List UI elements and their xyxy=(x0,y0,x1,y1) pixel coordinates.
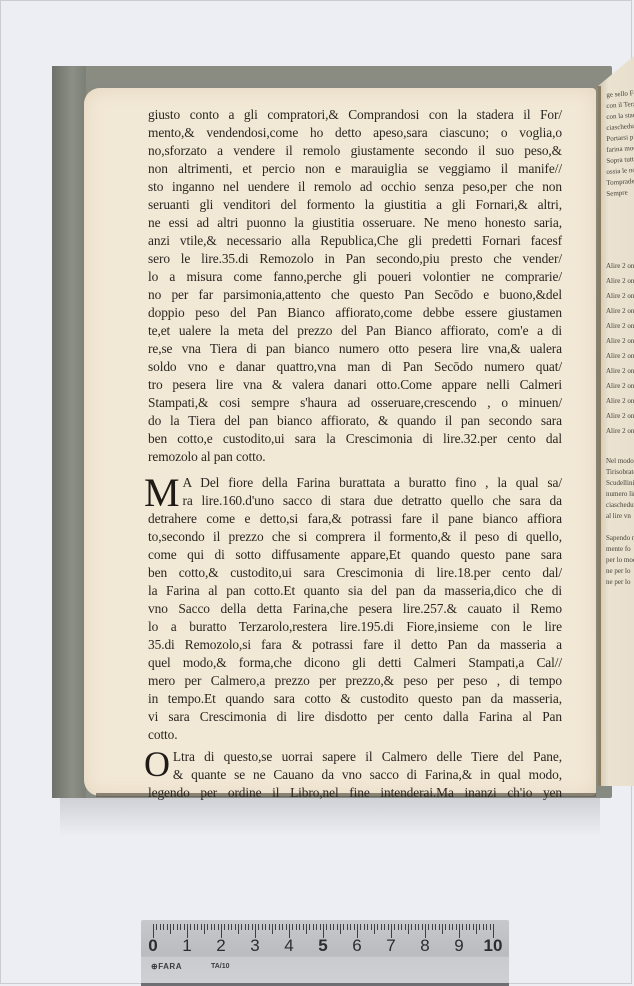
text-line: no,sforzato a vendere il remolo giustame… xyxy=(148,142,562,160)
facing-text-line: Scudellini xyxy=(606,478,634,489)
ruler-tick xyxy=(354,924,355,930)
ruler-tick xyxy=(241,924,242,930)
facing-table-row: Alire 2 on. xyxy=(606,321,634,332)
text-line: sto inganno nel uendere il remolo ad occ… xyxy=(148,178,562,196)
text-line: ra lire.160.d'uno sacco di stara due det… xyxy=(148,492,562,510)
ruler-tick xyxy=(371,924,372,930)
text-line: la Farina al pan cotto.Et quanto sia del… xyxy=(148,582,562,600)
ruler-tick xyxy=(462,924,463,930)
text-line: non altrimenti, et percio non e marauigl… xyxy=(148,160,562,178)
ruler-tick xyxy=(435,924,436,930)
ruler-tick xyxy=(252,924,253,930)
ruler-tick xyxy=(469,924,470,930)
text-line: Ltra di questo,se uorrai sapere il Calme… xyxy=(148,748,562,766)
ruler-tick xyxy=(337,924,338,930)
ruler-number: 9 xyxy=(454,936,463,956)
paragraph-2: MA Del fiore della Farina burattata a bu… xyxy=(148,474,562,744)
ruler-tick xyxy=(422,924,423,930)
ruler-tick xyxy=(207,924,208,930)
ruler-tick xyxy=(347,924,348,930)
facing-table-row: Alire 2 on. xyxy=(606,291,634,302)
ruler-number: 3 xyxy=(250,936,259,956)
text-line: ben cotto,& custodito,ui sara Crescimoni… xyxy=(148,564,562,582)
ruler-tick xyxy=(269,924,270,930)
ruler-tick xyxy=(479,924,480,930)
ruler-tick xyxy=(466,924,467,930)
text-line: doppio peso del Pan Bianco affiorato,com… xyxy=(148,304,562,322)
text-line: ben cotto,e custodito,ui sara la Crescim… xyxy=(148,430,562,448)
ruler-tick xyxy=(245,924,246,930)
facing-table-row: Alire 2 on. xyxy=(606,396,634,407)
ruler-tick xyxy=(394,924,395,930)
ruler-tick xyxy=(316,924,317,930)
facing-table-row: Alire 2 on. xyxy=(606,276,634,287)
ruler-tick xyxy=(405,924,406,930)
ruler-tick xyxy=(160,924,161,930)
ruler-tick xyxy=(432,924,433,930)
facing-text-line: mente fo xyxy=(606,544,634,555)
folder-flap xyxy=(52,66,86,798)
ruler-tick xyxy=(452,924,453,930)
ruler-tick xyxy=(248,924,249,930)
text-line: soldo vno e danar quattro,vna man di Pan… xyxy=(148,358,562,376)
text-line: in tempo.Et quando sara cotto & custodit… xyxy=(148,690,562,708)
ruler-tick xyxy=(313,924,314,930)
ruler-tick xyxy=(177,924,178,930)
ruler-tick xyxy=(411,924,412,930)
paragraph-3: OLtra di questo,se uorrai sapere il Calm… xyxy=(148,748,562,802)
text-line: come qui di sotto diffusamente appare,Et… xyxy=(148,546,562,564)
ruler-tick xyxy=(235,924,236,930)
ruler-tick xyxy=(374,924,375,934)
ruler-tick xyxy=(360,924,361,930)
ruler-tick xyxy=(483,924,484,930)
ruler-tick xyxy=(167,924,168,930)
facing-table-row: Alire 2 on. xyxy=(606,426,634,437)
facing-table-row: Alire 2 on. xyxy=(606,381,634,392)
facing-text-line: per lo modo xyxy=(606,555,634,566)
ruler-tick xyxy=(303,924,304,930)
facing-page: ge sello Fondura siacon il Terzarol Ccon… xyxy=(598,56,634,786)
drop-cap: M xyxy=(144,476,179,510)
text-line: vno Sacco della detta Farina,che pesera … xyxy=(148,600,562,618)
ruler-tick xyxy=(262,924,263,930)
ruler-tick xyxy=(384,924,385,930)
text-line: lo a misura come fanno,perche gli poueri… xyxy=(148,268,562,286)
paragraph-1: giusto conto a gli compratori,& Comprand… xyxy=(148,106,562,466)
ruler-number: 10 xyxy=(484,936,503,956)
ruler-tick xyxy=(170,924,171,934)
facing-text-line: numero lire xyxy=(606,489,634,500)
drop-cap: O xyxy=(144,748,170,780)
ruler-tick xyxy=(190,924,191,930)
facing-table-row: Alire 2 on. xyxy=(606,336,634,347)
ruler-tick xyxy=(218,924,219,930)
ruler-tick xyxy=(292,924,293,930)
ruler-tick xyxy=(299,924,300,930)
ruler-tick xyxy=(238,924,239,934)
text-line: A Del fiore della Farina burattata a bur… xyxy=(148,474,562,492)
ruler-model: TA/10 xyxy=(211,963,230,970)
ruler-tick xyxy=(476,924,477,934)
facing-table-row: Alire 2 on. xyxy=(606,411,634,422)
facing-table-row: Alire 2 on. xyxy=(606,261,634,272)
text-line: detrahere come e detto,si fara,& potrass… xyxy=(148,510,562,528)
ruler-tick xyxy=(490,924,491,930)
ruler-tick xyxy=(445,924,446,930)
ruler-tick xyxy=(156,924,157,930)
ruler-tick xyxy=(197,924,198,930)
text-line: no per far parsimonia,attento che questo… xyxy=(148,286,562,304)
facing-text-line: Nel modo xyxy=(606,456,634,467)
text-line: quel modo,& forma,che dicono gli detti C… xyxy=(148,654,562,672)
facing-text-line: al lire vn xyxy=(606,511,634,522)
ruler-tick xyxy=(201,924,202,930)
text-line: giusto conto a gli compratori,& Comprand… xyxy=(148,106,562,124)
ruler-number: 2 xyxy=(216,936,225,956)
facing-table-row: Alire 2 on. xyxy=(606,351,634,362)
ruler-tick xyxy=(428,924,429,930)
ruler-tick xyxy=(228,924,229,930)
ruler-tick xyxy=(296,924,297,930)
text-line: lo a buratto Terzarolo,restera lire.195.… xyxy=(148,618,562,636)
page-spine xyxy=(598,86,601,786)
ruler-tick xyxy=(330,924,331,930)
text-line: 35.di Remozolo,si fara & potrassi fare i… xyxy=(148,636,562,654)
text-line: vi sara Crescimonia di lire disdotto per… xyxy=(148,708,562,726)
ruler-tick xyxy=(320,924,321,930)
ruler-tick xyxy=(180,924,181,930)
ruler-number: 8 xyxy=(420,936,429,956)
scale-ruler: 012345678910 ⊕FARA TA/10 xyxy=(141,920,509,986)
ruler-tick xyxy=(415,924,416,930)
facing-text-line: ne per lo xyxy=(606,577,634,588)
ruler-tick xyxy=(449,924,450,930)
facing-table-row: Alire 2 on. xyxy=(606,306,634,317)
ruler-tick xyxy=(272,924,273,934)
text-line: mento,& vendendosi,come ho detto apeso,s… xyxy=(148,124,562,142)
text-line: cotto. xyxy=(148,726,562,744)
book-shadow xyxy=(60,796,600,836)
text-line: te,et ualere la meta del prezzo del Pan … xyxy=(148,322,562,340)
text-line: tro pesera lire vna & valera danari otto… xyxy=(148,376,562,394)
ruler-tick xyxy=(214,924,215,930)
facing-text-line: Sapendo ne xyxy=(606,533,634,544)
text-line: do la Tiera del pan bianco affiorato, & … xyxy=(148,412,562,430)
ruler-tick xyxy=(326,924,327,930)
ruler-tick xyxy=(279,924,280,930)
ruler-number: 1 xyxy=(182,936,191,956)
ruler-brand: ⊕FARA xyxy=(151,962,182,971)
ruler-tick xyxy=(456,924,457,930)
ruler-tick xyxy=(163,924,164,930)
ruler-tick xyxy=(377,924,378,930)
ruler-tick xyxy=(258,924,259,930)
text-line: ne essi ad altri puonno la giustitia oss… xyxy=(148,214,562,232)
ruler-tick xyxy=(343,924,344,930)
ruler-tick xyxy=(340,924,341,934)
text-line: anzi vtile,& necessario alla Republica,C… xyxy=(148,232,562,250)
ruler-tick xyxy=(350,924,351,930)
text-line: mero per Calmero,a prezzo per prezzo,& p… xyxy=(148,672,562,690)
ruler-tick xyxy=(398,924,399,930)
text-line: sero le lire.35.di Remozolo in Pan secon… xyxy=(148,250,562,268)
ruler-number: 0 xyxy=(148,936,157,956)
text-line: seruanti gli venditori del formento la g… xyxy=(148,196,562,214)
ruler-tick xyxy=(442,924,443,934)
text-line: Stampati,& cosi sempre s'haura ad osseru… xyxy=(148,394,562,412)
ruler-number: 5 xyxy=(318,936,327,956)
ruler-tick xyxy=(265,924,266,930)
text-line: & quante se ne Cauano da vno sacco di Fa… xyxy=(148,766,562,784)
ruler-tick xyxy=(381,924,382,930)
text-line: to,secondo il prezzo che si comprera il … xyxy=(148,528,562,546)
text-line: remozolo al pan cotto. xyxy=(148,448,562,466)
ruler-tick xyxy=(439,924,440,930)
facing-text-line: Tirisobrato xyxy=(606,467,634,478)
ruler-tick xyxy=(367,924,368,930)
ruler-tick xyxy=(333,924,334,930)
ruler-tick xyxy=(306,924,307,934)
ruler-tick xyxy=(286,924,287,930)
ruler-tick xyxy=(418,924,419,930)
ruler-number: 7 xyxy=(386,936,395,956)
ruler-number: 6 xyxy=(352,936,361,956)
ruler-tick xyxy=(184,924,185,930)
facing-text-line: ciascheduno xyxy=(606,500,634,511)
ruler-number: 4 xyxy=(284,936,293,956)
ruler-tick xyxy=(275,924,276,930)
ruler-tick xyxy=(388,924,389,930)
ruler-tick xyxy=(486,924,487,930)
ruler-tick xyxy=(309,924,310,930)
ruler-tick xyxy=(408,924,409,934)
ruler-tick xyxy=(194,924,195,930)
ruler-tick xyxy=(211,924,212,930)
ruler-tick xyxy=(173,924,174,930)
ruler-tick xyxy=(231,924,232,930)
ruler-tick xyxy=(364,924,365,930)
facing-text-line: ne per lo xyxy=(606,566,634,577)
facing-table-row: Alire 2 on. xyxy=(606,366,634,377)
ruler-tick xyxy=(473,924,474,930)
text-line: re,se vna Tiera di pan bianco numero ott… xyxy=(148,340,562,358)
text-line: legendo per ordine il Libro,nel fine int… xyxy=(148,784,562,802)
ruler-tick xyxy=(401,924,402,930)
ruler-tick xyxy=(224,924,225,930)
ruler-tick xyxy=(282,924,283,930)
page-text: giusto conto a gli compratori,& Comprand… xyxy=(148,106,562,802)
ruler-tick xyxy=(204,924,205,934)
facing-text-line: Sempre xyxy=(606,187,634,200)
